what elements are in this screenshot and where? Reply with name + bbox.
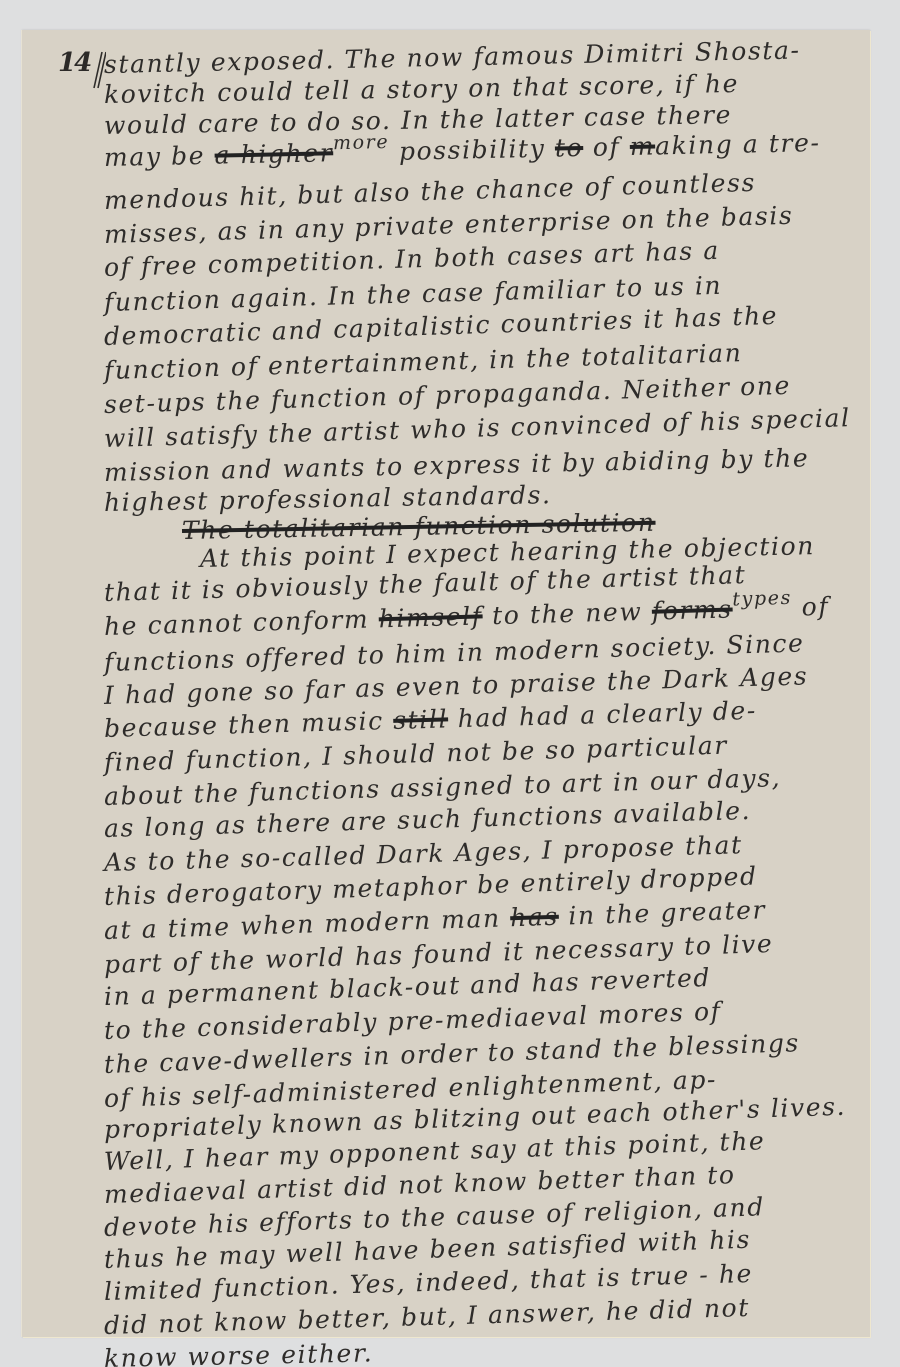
text-segment: of (792, 592, 830, 622)
text-segment: of (583, 132, 630, 162)
deleted-text: to (555, 133, 584, 163)
text-segment: to the new (482, 597, 652, 631)
inserted-text: more (333, 131, 390, 154)
text-line: know worse either. (104, 1338, 374, 1367)
text-segment: possibility (389, 134, 555, 166)
inserted-text: types (732, 587, 792, 611)
deleted-text: forms (651, 594, 733, 625)
text-segment: aking a tre- (655, 128, 821, 160)
deleted-text: still (393, 704, 449, 735)
deleted-text: has (510, 902, 560, 933)
text-segment: may be (104, 141, 215, 172)
deleted-text: himself (378, 601, 483, 633)
deleted-text: a higher (214, 138, 333, 169)
deleted-text: m (630, 131, 656, 161)
page-number: 14 (58, 48, 90, 78)
